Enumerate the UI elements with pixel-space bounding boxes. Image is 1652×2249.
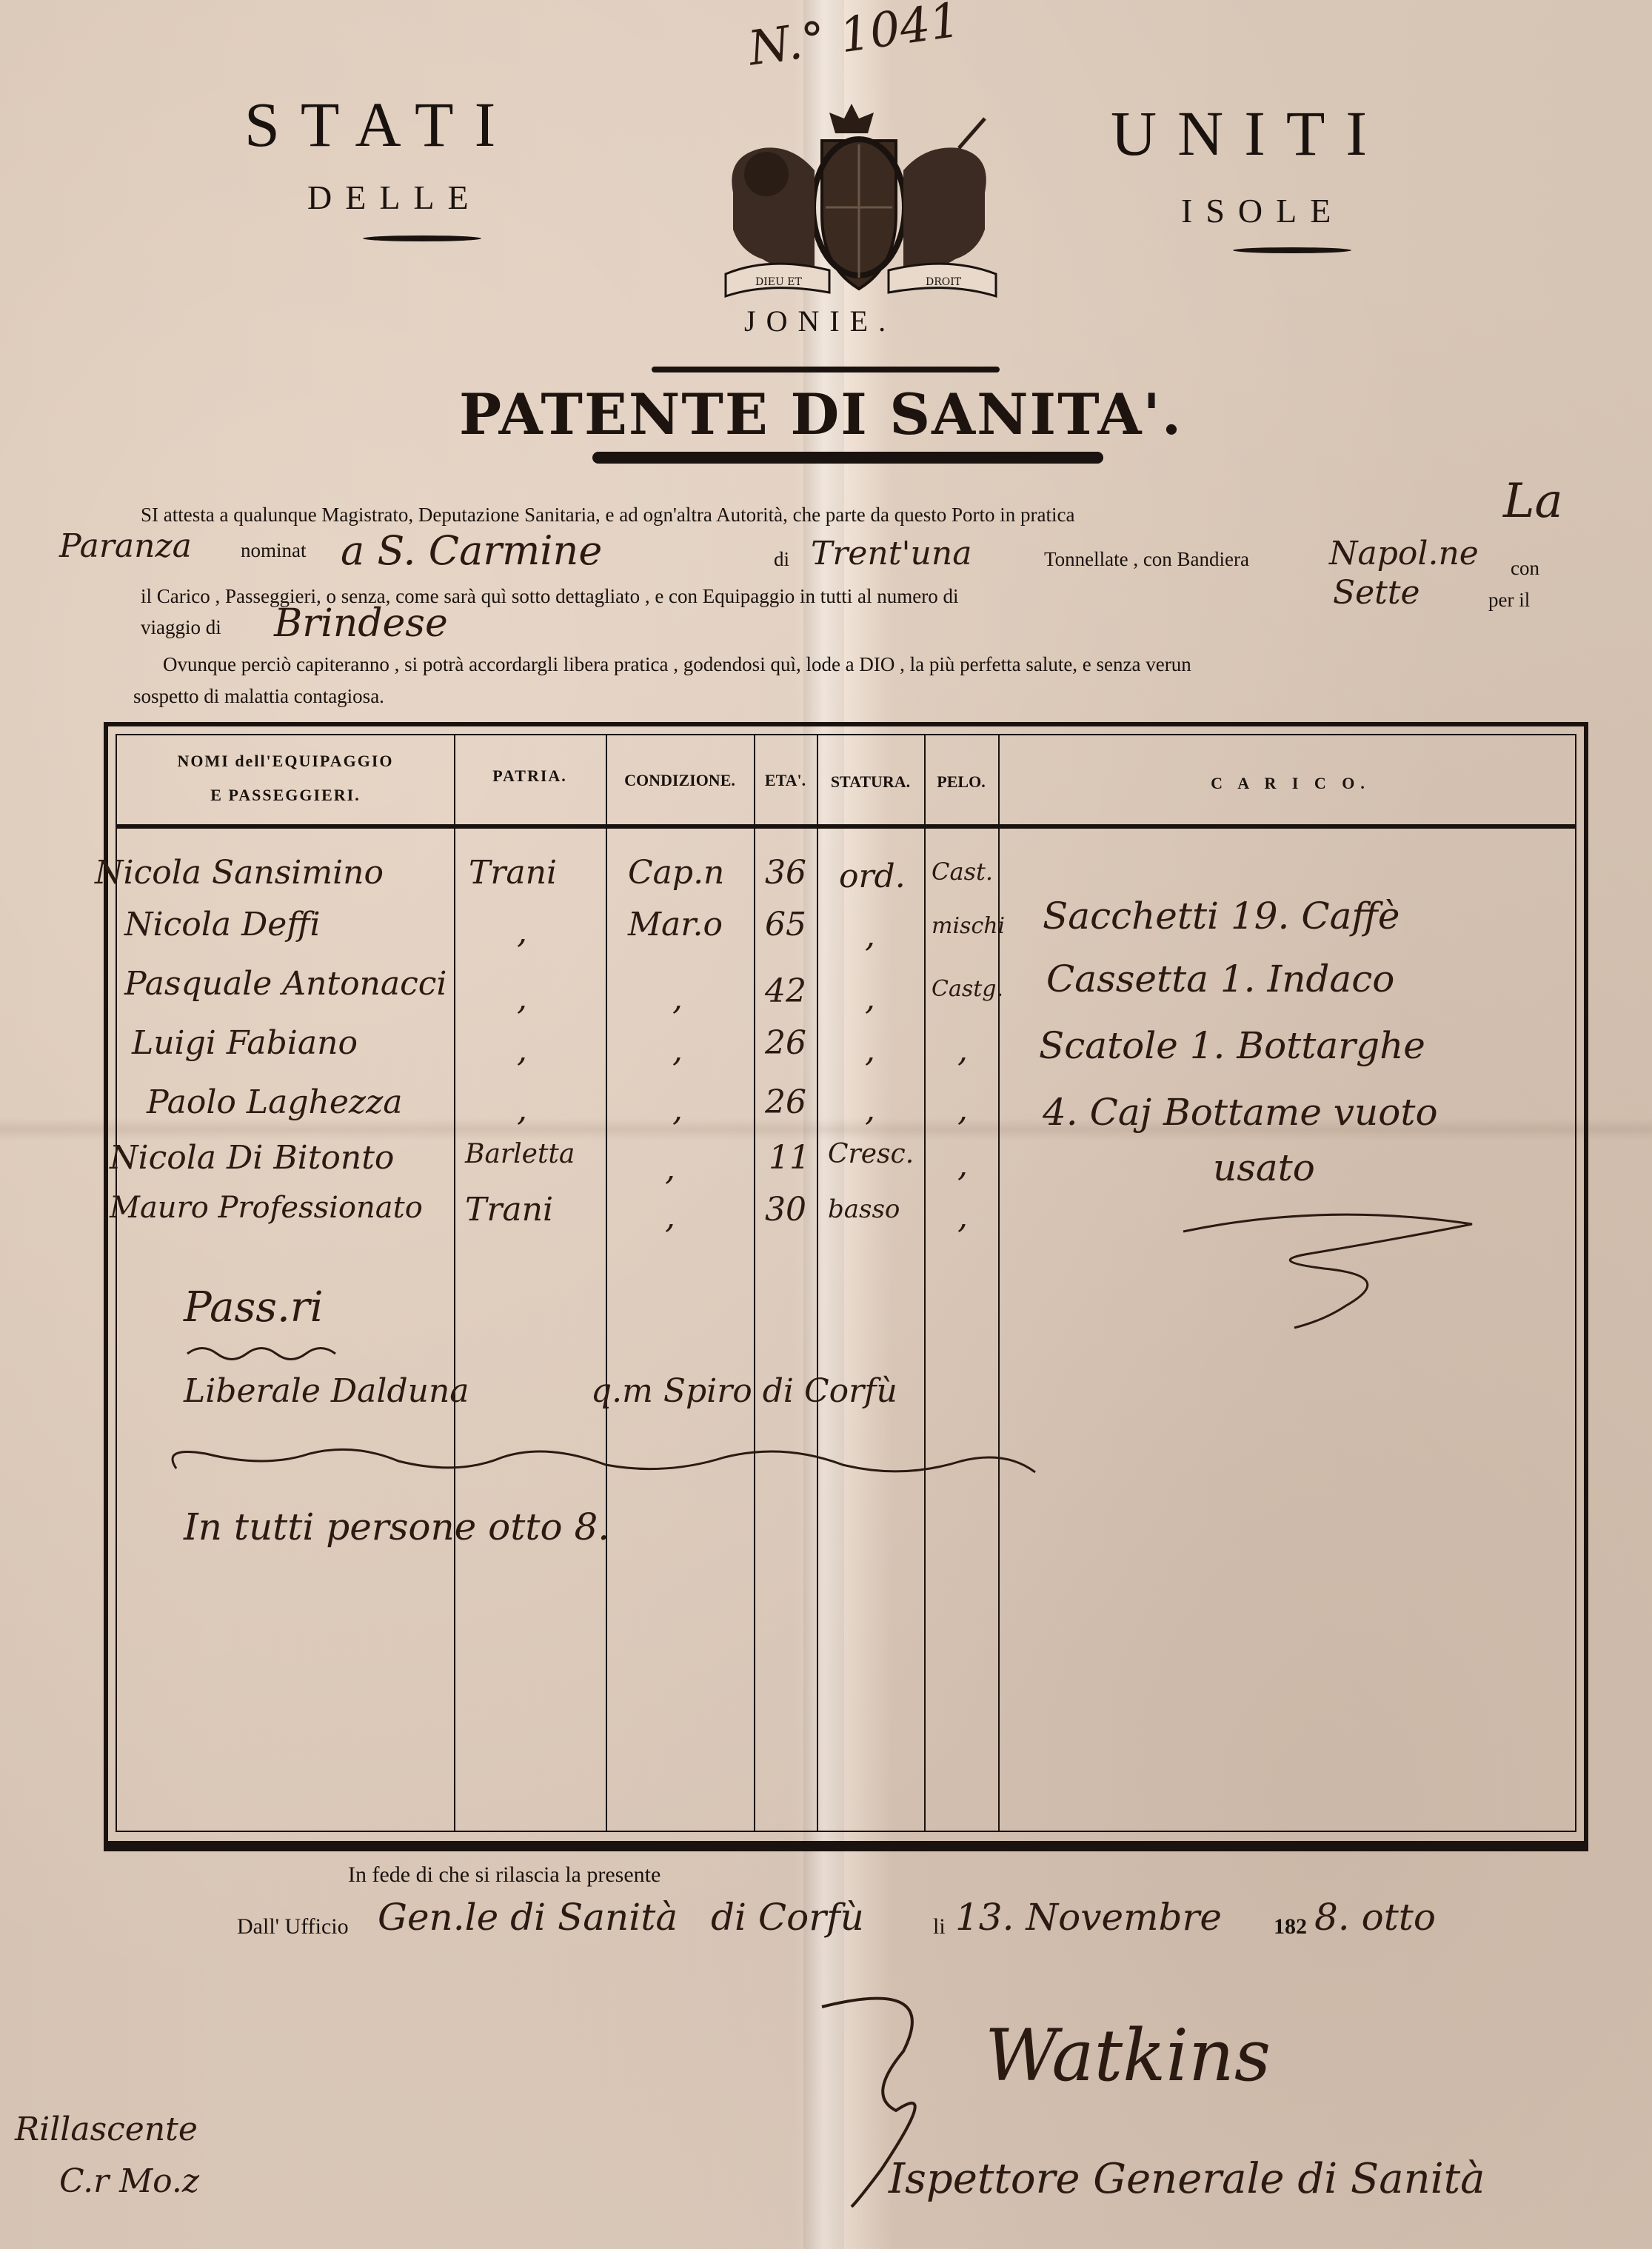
fill-flag: Napol.ne (1329, 535, 1479, 572)
svg-text:DROIT: DROIT (926, 276, 962, 288)
divider-flourish-icon (184, 1343, 354, 1365)
title-rule-bottom (592, 452, 1103, 464)
preamble-per-il: per il (1488, 589, 1530, 612)
crew-statura: ord. (839, 858, 906, 895)
serial-number: N.° 1041 (745, 0, 963, 77)
crew-name: Nicola Deffi (124, 906, 321, 943)
preamble-line-3: il Carico , Passeggieri, o senza, come s… (141, 585, 958, 608)
title-rule-top (652, 367, 1000, 372)
preamble-viaggio-di: viaggio di (141, 616, 221, 639)
fill-vessel-name: a S. Carmine (341, 527, 602, 574)
crew-pelo: , (957, 1091, 968, 1129)
header-delle: DELLE (307, 178, 482, 217)
footer-line-1: In fede di che si rilascia la presente (348, 1862, 661, 1888)
crew-condizione: , (665, 1150, 675, 1188)
preamble-di: di (774, 548, 789, 571)
crew-eta: 11 (769, 1139, 810, 1177)
left-note-line-2: C.r Mo.z (59, 2162, 199, 2200)
header-statura: STATURA. (817, 772, 924, 792)
crew-eta: 42 (765, 972, 806, 1010)
passenger-note: q.m Spiro di Corfù (591, 1372, 897, 1410)
cargo-line: usato (1213, 1146, 1315, 1189)
fill-place: di Corfù (711, 1896, 864, 1939)
footer-li: li (933, 1914, 946, 1939)
page-title: PATENTE DI SANITA'. (459, 381, 1183, 447)
crew-patria: Trani (465, 1191, 553, 1229)
total-persons: In tutti persone otto 8. (184, 1506, 609, 1548)
preamble-line-1: SI attesta a qualunque Magistrato, Deput… (141, 504, 1074, 527)
crew-statura: , (865, 1032, 875, 1069)
cargo-closing-flourish-icon (1176, 1209, 1487, 1335)
crew-condizione: Cap.n (628, 854, 724, 892)
crew-pelo: , (957, 1198, 968, 1236)
preamble-tonnellate: Tonnellate , con Bandiera (1044, 548, 1249, 571)
crew-eta: 36 (765, 854, 806, 892)
divider-flourish-icon (161, 1439, 1050, 1483)
header-condizione: CONDIZIONE. (606, 771, 754, 790)
header-names-line-2: E PASSEGGIERI. (117, 786, 454, 805)
fill-tonnage: Trent'una (811, 535, 972, 572)
preamble-line-5: Ovunque perciò capiteranno , si potrà ac… (163, 653, 1191, 676)
crew-statura: , (865, 980, 875, 1017)
fill-year: 8. otto (1314, 1896, 1436, 1939)
crew-statura: basso (828, 1194, 900, 1224)
cargo-line: Cassetta 1. Indaco (1046, 958, 1394, 1000)
left-note-line-1: Rillascente (15, 2111, 198, 2148)
crew-patria: Trani (469, 854, 557, 892)
crew-pelo: Cast. (932, 858, 993, 886)
crew-name: Mauro Professionato (110, 1191, 423, 1225)
crew-condizione: , (672, 1091, 683, 1129)
header-jonie: JONIE. (744, 304, 896, 338)
fill-article: La (1503, 474, 1563, 529)
royal-coat-of-arms-icon: DIEU ET DROIT (703, 104, 1014, 318)
crew-name: Paolo Laghezza (147, 1083, 403, 1121)
footer-dall-ufficio: Dall' Ufficio (237, 1914, 349, 1939)
crew-pelo: Castg. (932, 976, 1003, 1002)
crew-patria: , (517, 913, 527, 951)
fill-crew-count: Sette (1333, 574, 1420, 612)
fill-destination: Brindese (274, 601, 448, 646)
crew-patria: , (517, 980, 527, 1017)
crew-patria: Barletta (465, 1139, 575, 1169)
cargo-line: Sacchetti 19. Caffè (1043, 895, 1399, 938)
header-uniti: UNITI (1111, 96, 1388, 170)
signatory-title: Ispettore Generale di Sanità (889, 2155, 1485, 2203)
fill-office: Gen.le di Sanità (378, 1896, 678, 1939)
crew-statura: Cresc. (828, 1139, 914, 1169)
header-divider (117, 824, 1575, 829)
preamble-nominat: nominat (241, 539, 307, 562)
crew-eta: 30 (765, 1191, 806, 1229)
ornament-right (1233, 247, 1351, 253)
crew-statura: , (865, 917, 875, 955)
passenger-name: Liberale Dalduna (184, 1372, 469, 1410)
header-stati: STATI (244, 87, 516, 161)
header-names-line-1: NOMI dell'EQUIPAGGIO (117, 752, 454, 771)
cargo-line: 4. Caj Bottame vuoto (1043, 1091, 1438, 1134)
header-names: NOMI dell'EQUIPAGGIO E PASSEGGIERI. (117, 752, 454, 805)
preamble-line-6: sospetto di malattia contagiosa. (133, 685, 384, 708)
crew-statura: , (865, 1091, 875, 1129)
crew-eta: 26 (765, 1024, 806, 1062)
cargo-line: Scatole 1. Bottarghe (1039, 1024, 1425, 1067)
preamble-con: con (1511, 557, 1539, 580)
crew-table: NOMI dell'EQUIPAGGIO E PASSEGGIERI. PATR… (104, 722, 1588, 1851)
crew-patria: , (517, 1091, 527, 1129)
crew-eta: 26 (765, 1083, 806, 1121)
crew-pelo: , (957, 1146, 968, 1184)
crew-patria: , (517, 1032, 527, 1069)
signature: Watkins (985, 2014, 1271, 2097)
ornament-left (363, 235, 481, 241)
crew-name: Nicola Sansimino (95, 854, 384, 892)
crew-condizione: , (672, 980, 683, 1017)
footer-year-prefix: 182 (1274, 1914, 1307, 1939)
crew-condizione: , (665, 1198, 675, 1236)
crew-name: Pasquale Antonacci (124, 965, 447, 1003)
crew-condizione: Mar.o (628, 906, 723, 943)
fill-date: 13. Novembre (955, 1896, 1222, 1939)
crew-pelo: , (957, 1032, 968, 1069)
crew-pelo: mischi (932, 913, 1005, 939)
svg-text:DIEU ET: DIEU ET (755, 276, 802, 288)
header-isole: ISOLE (1181, 191, 1344, 230)
crew-name: Nicola Di Bitonto (110, 1139, 394, 1177)
header-patria: PATRIA. (454, 766, 606, 786)
crew-name: Luigi Fabiano (132, 1024, 358, 1062)
header-pelo: PELO. (924, 772, 998, 792)
header-eta: ETA'. (754, 771, 817, 790)
passengers-label: Pass.ri (184, 1283, 324, 1331)
crew-condizione: , (672, 1032, 683, 1069)
header-carico: C A R I C O. (998, 774, 1583, 793)
crew-eta: 65 (765, 906, 806, 943)
fill-vessel-type: Paranza (59, 527, 192, 565)
